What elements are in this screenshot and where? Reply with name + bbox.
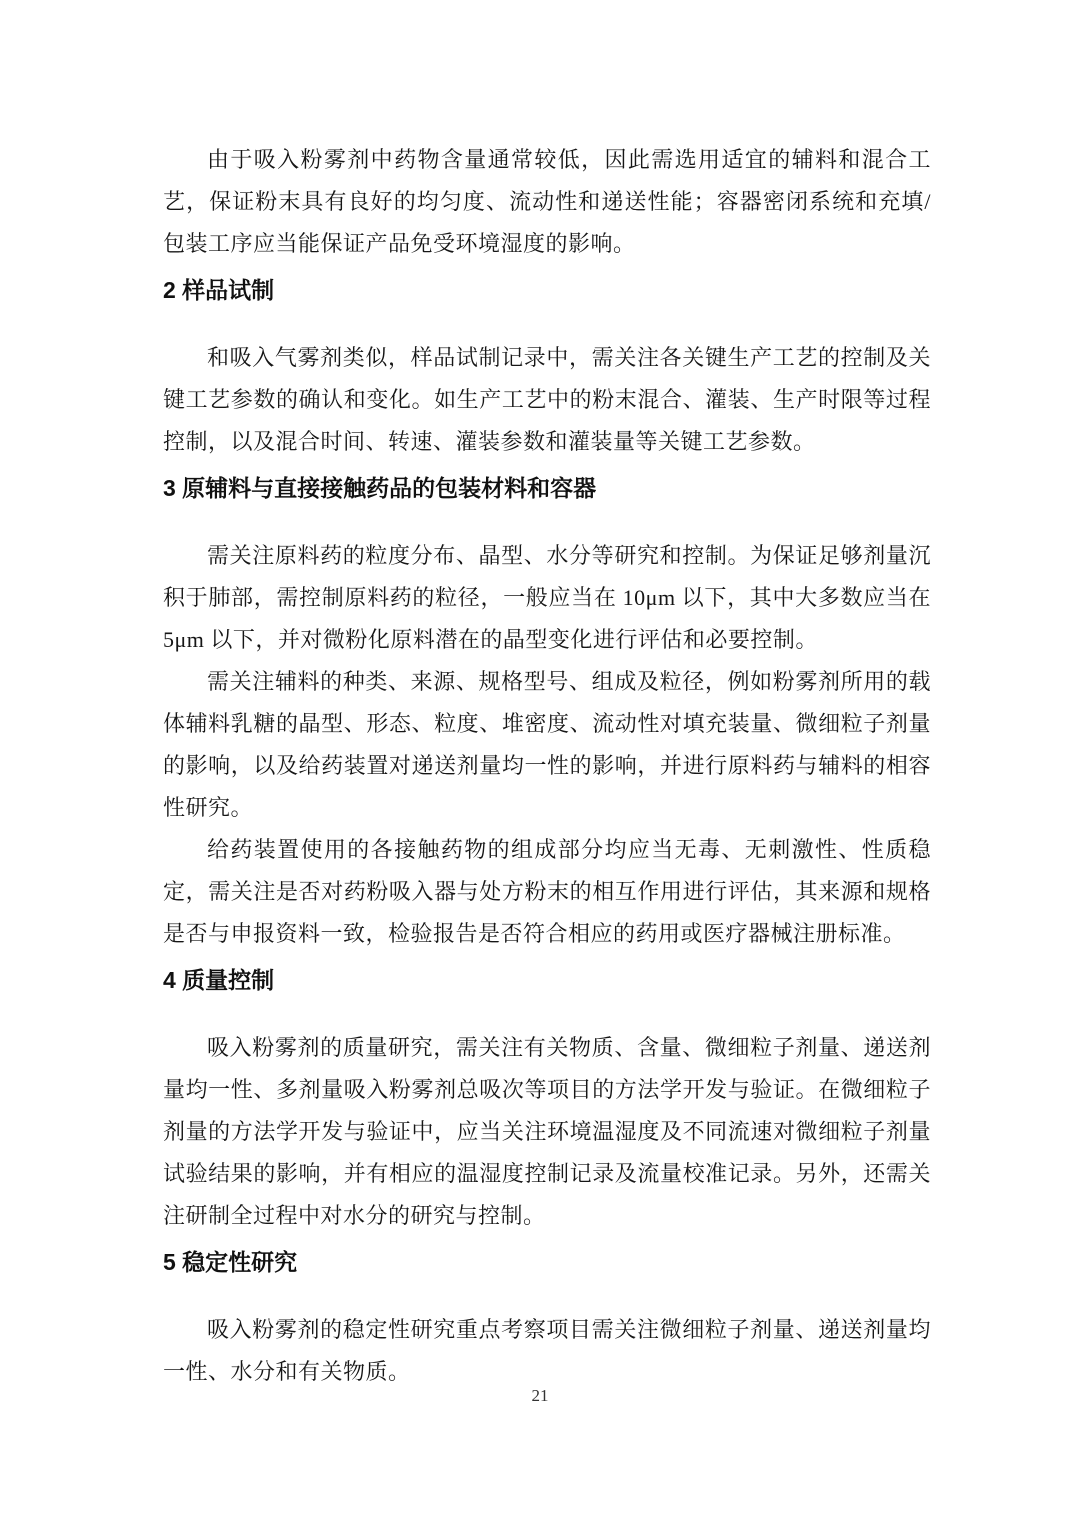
section-heading-sample-trial: 2 样品试制 <box>163 269 931 311</box>
section-heading-quality-control: 4 质量控制 <box>163 959 931 1001</box>
paragraph-api-particle-size: 需关注原料药的粒度分布、晶型、水分等研究和控制。为保证足够剂量沉积于肺部，需控制… <box>163 535 931 661</box>
paragraph-quality-control: 吸入粉雾剂的质量研究，需关注有关物质、含量、微细粒子剂量、递送剂量均一性、多剂量… <box>163 1027 931 1237</box>
paragraph-intro: 由于吸入粉雾剂中药物含量通常较低，因此需选用适宜的辅料和混合工艺，保证粉末具有良… <box>163 139 931 265</box>
paragraph-excipients: 需关注辅料的种类、来源、规格型号、组成及粒径，例如粉雾剂所用的载体辅料乳糖的晶型… <box>163 661 931 829</box>
page-number: 21 <box>0 1386 1080 1406</box>
section-heading-raw-materials-packaging: 3 原辅料与直接接触药品的包装材料和容器 <box>163 467 931 509</box>
paragraph-stability-study: 吸入粉雾剂的稳定性研究重点考察项目需关注微细粒子剂量、递送剂量均一性、水分和有关… <box>163 1309 931 1393</box>
document-content: 由于吸入粉雾剂中药物含量通常较低，因此需选用适宜的辅料和混合工艺，保证粉末具有良… <box>163 139 931 1393</box>
paragraph-sample-trial: 和吸入气雾剂类似，样品试制记录中，需关注各关键生产工艺的控制及关键工艺参数的确认… <box>163 337 931 463</box>
section-heading-stability-study: 5 稳定性研究 <box>163 1241 931 1283</box>
paragraph-device-components: 给药装置使用的各接触药物的组成部分均应当无毒、无刺激性、性质稳定，需关注是否对药… <box>163 829 931 955</box>
document-page: 由于吸入粉雾剂中药物含量通常较低，因此需选用适宜的辅料和混合工艺，保证粉末具有良… <box>0 0 1080 1526</box>
